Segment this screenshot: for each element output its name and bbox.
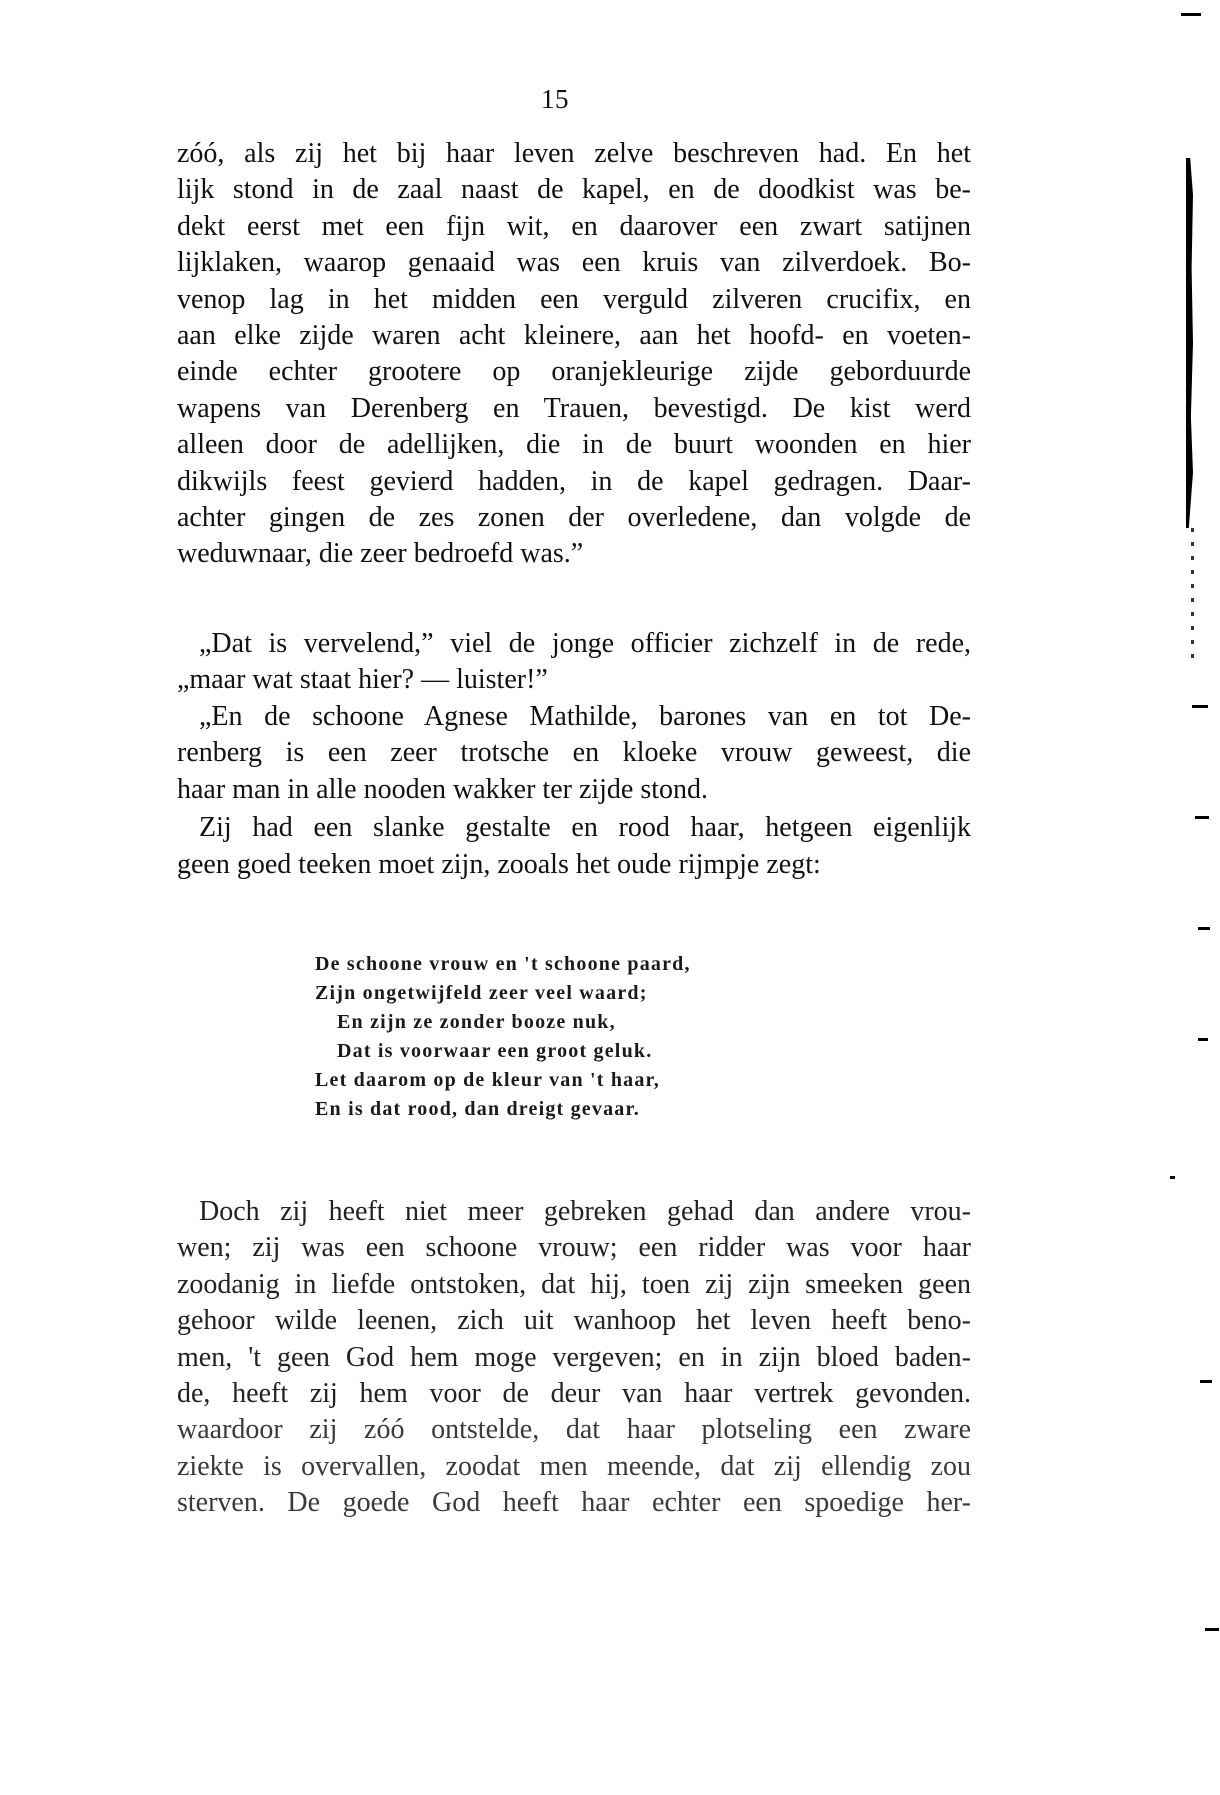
book-page: 15 zóó, als zij het bij haar leven zelve… — [0, 0, 1220, 1795]
scan-speck — [1198, 1038, 1208, 1041]
scan-speck — [1192, 705, 1208, 708]
text-line: renberg is een zeer trotsche en kloeke v… — [177, 735, 971, 771]
text-line: sterven. De goede God heeft haar echter … — [177, 1485, 971, 1521]
text-line: Zij had een slanke gestalte en rood haar… — [177, 810, 971, 846]
scan-speck — [1200, 1380, 1212, 1383]
text-line: dikwijls feest gevierd hadden, in de kap… — [177, 464, 971, 500]
scan-speck — [1170, 1176, 1175, 1179]
text-line: dekt eerst met een fijn wit, en daarover… — [177, 209, 971, 245]
scan-edge-shadow — [1186, 158, 1193, 528]
text-line: gehoor wilde leenen, zich uit wanhoop he… — [177, 1303, 971, 1339]
paragraph-knight-story: Doch zij heeft niet meer gebreken gehad … — [177, 1194, 971, 1522]
scan-edge-specks — [1191, 528, 1194, 658]
text-line: Doch zij heeft niet meer gebreken gehad … — [177, 1194, 971, 1230]
verse-line: Dat is voorwaar een groot geluk. — [315, 1037, 815, 1066]
text-line: lijklaken, waarop genaaid was een kruis … — [177, 245, 971, 281]
text-line: haar man in alle nooden wakker ter zijde… — [177, 772, 971, 808]
verse-line: Let daarom op de kleur van 't haar, — [315, 1066, 815, 1095]
text-line: men, 't geen God hem moge vergeven; en i… — [177, 1340, 971, 1376]
text-line: achter gingen de zes zonen der overleden… — [177, 500, 971, 536]
text-line: aan elke zijde waren acht kleinere, aan … — [177, 318, 971, 354]
text-line: de, heeft zij hem voor de deur van haar … — [177, 1376, 971, 1412]
text-line: zoodanig in liefde ontstoken, dat hij, t… — [177, 1267, 971, 1303]
paragraph-officer-interjection: „Dat is vervelend,” viel de jonge offici… — [177, 626, 971, 699]
rhyme-verse: De schoone vrouw en 't schoone paard, Zi… — [315, 950, 815, 1124]
verse-line: En is dat rood, dan dreigt gevaar. — [315, 1095, 815, 1124]
text-line: ziekte is overvallen, zoodat men meende,… — [177, 1449, 971, 1485]
text-line: einde echter grootere op oranjekleurige … — [177, 354, 971, 390]
text-line: zóó, als zij het bij haar leven zelve be… — [177, 136, 971, 172]
scan-speck — [1181, 13, 1201, 16]
scan-speck — [1195, 816, 1209, 819]
verse-line: De schoone vrouw en 't schoone paard, — [315, 950, 815, 979]
text-line: alleen door de adellijken, die in de buu… — [177, 427, 971, 463]
verse-line: Zijn ongetwijfeld zeer veel waard; — [315, 979, 815, 1008]
text-line: „En de schoone Agnese Mathilde, barones … — [177, 699, 971, 735]
text-line: „maar wat staat hier? — luister!” — [177, 662, 971, 698]
text-line: geen goed teeken moet zijn, zooals het o… — [177, 847, 971, 883]
paragraph-funeral-description: zóó, als zij het bij haar leven zelve be… — [177, 136, 971, 573]
verse-line: En zijn ze zonder booze nuk, — [315, 1008, 815, 1037]
scan-speck — [1198, 927, 1210, 930]
text-line: „Dat is vervelend,” viel de jonge offici… — [177, 626, 971, 662]
scan-speck — [1205, 1628, 1219, 1631]
text-line: waardoor zij zóó ontstelde, dat haar plo… — [177, 1412, 971, 1448]
text-line: wapens van Derenberg en Trauen, bevestig… — [177, 391, 971, 427]
text-line: lijk stond in de zaal naast de kapel, en… — [177, 172, 971, 208]
page-number: 15 — [0, 84, 1110, 115]
text-line: wen; zij was een schoone vrouw; een ridd… — [177, 1230, 971, 1266]
paragraph-agnese-mathilde: „En de schoone Agnese Mathilde, barones … — [177, 699, 971, 883]
text-line: venop lag in het midden een verguld zilv… — [177, 282, 971, 318]
text-line: weduwnaar, die zeer bedroefd was.” — [177, 536, 971, 572]
